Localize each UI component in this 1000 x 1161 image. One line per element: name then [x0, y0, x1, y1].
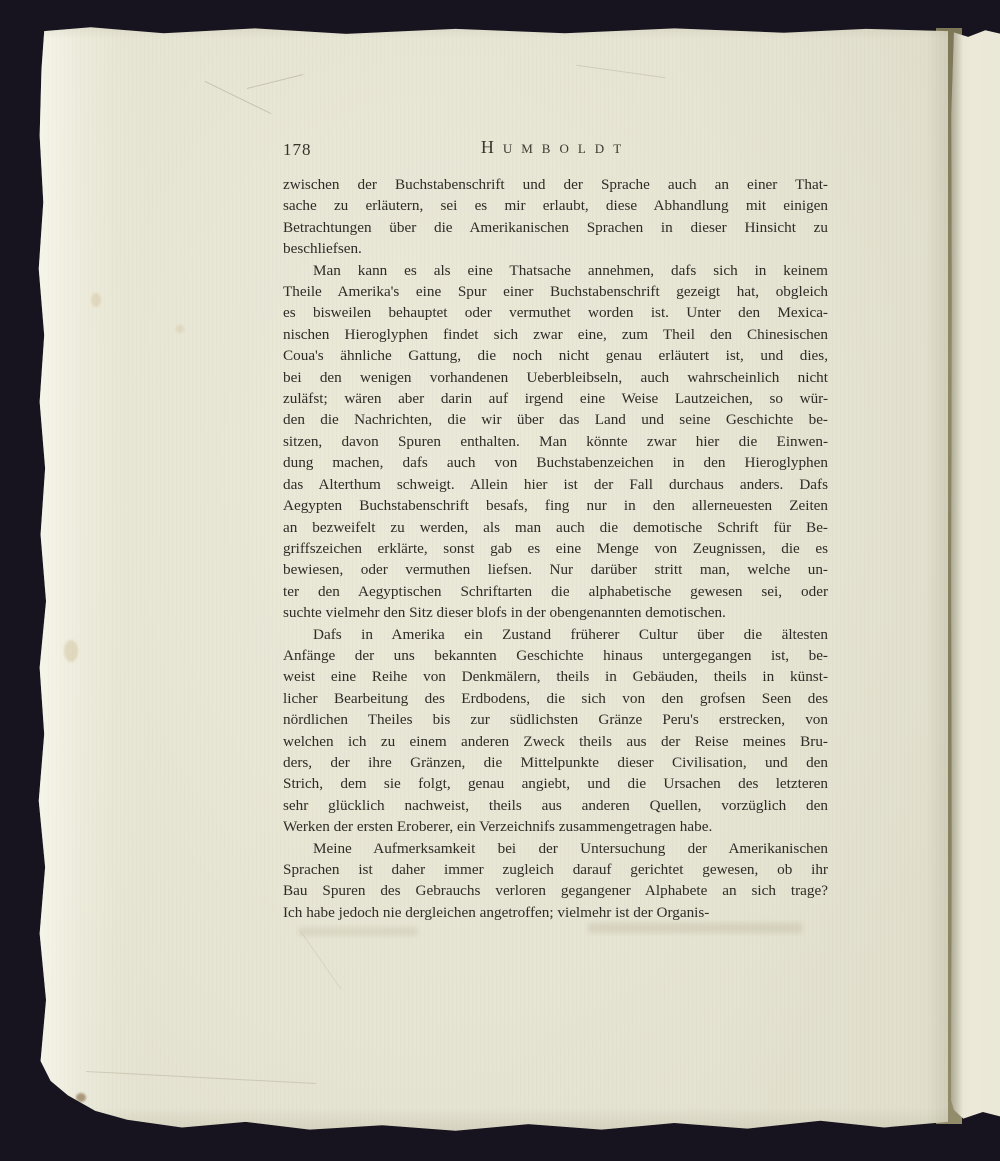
stain [64, 640, 78, 662]
paper-crease [86, 1071, 316, 1084]
text-line: welchen ich zu einem anderen Zweck theil… [283, 731, 828, 752]
page-header: 178 Humboldt [283, 137, 828, 163]
text-line: Man kann es als eine Thatsache annehmen,… [283, 260, 828, 281]
text-line: das Alterthum schweigt. Allein hier ist … [283, 474, 828, 495]
text-line: Dafs in Amerika ein Zustand früherer Cul… [283, 624, 828, 645]
show-through [588, 923, 802, 933]
text-line: an bezweifelt zu werden, als man auch di… [283, 517, 828, 538]
show-through [298, 927, 418, 936]
text-line: Sprachen ist daher immer zugleich darauf… [283, 859, 828, 880]
stain [176, 325, 184, 333]
paper-crease [301, 932, 342, 990]
text-line: den die Nachrichten, die wir über das La… [283, 409, 828, 430]
paragraph: zwischen der Buchstabenschrift und der S… [283, 174, 828, 260]
next-page-edge [951, 27, 1000, 1123]
stain [91, 293, 101, 307]
text-line: Ich habe jedoch nie dergleichen angetrof… [283, 902, 828, 923]
page-text: zwischen der Buchstabenschrift und der S… [283, 174, 828, 923]
text-line: zuläfst; wären aber darin auf irgend ein… [283, 388, 828, 409]
text-line: Aegypten Buchstabenschrift besafs, fing … [283, 495, 828, 516]
text-line: es bisweilen behauptet oder vermuthet wo… [283, 302, 828, 323]
text-line: licher Bearbeitung des Erdbodens, die si… [283, 688, 828, 709]
running-header: Humboldt [283, 137, 828, 158]
paragraph: Man kann es als eine Thatsache annehmen,… [283, 260, 828, 624]
next-page-shadow [951, 27, 963, 1123]
text-line: sehr glücklich nachweist, theils aus and… [283, 795, 828, 816]
text-line: zwischen der Buchstabenschrift und der S… [283, 174, 828, 195]
text-line: Anfänge der uns bekannten Geschichte hin… [283, 645, 828, 666]
page-number: 178 [283, 140, 312, 160]
text-line: sache zu erläutern, sei es mir erlaubt, … [283, 195, 828, 216]
text-line: ter den Aegyptischen Schriftarten die al… [283, 581, 828, 602]
text-line: bewiesen, oder vermuthen liefsen. Nur da… [283, 559, 828, 580]
text-line: ders, der ihre Gränzen, die Mittelpunkte… [283, 752, 828, 773]
paper-crease [576, 65, 665, 79]
paper-crease [205, 81, 272, 114]
text-line: griffszeichen erklärte, sonst gab es ein… [283, 538, 828, 559]
text-line: sitzen, davon Spuren enthalten. Man könn… [283, 431, 828, 452]
text-line: weist eine Reihe von Denkmälern, theils … [283, 666, 828, 687]
book-page: 178 Humboldt zwischen der Buchstabenschr… [36, 25, 948, 1133]
text-line: Coua's ähnliche Gattung, die noch nicht … [283, 345, 828, 366]
paper-crease [247, 74, 304, 89]
text-line: nördlichen Theiles bis zur südlichsten G… [283, 709, 828, 730]
book-scan: 178 Humboldt zwischen der Buchstabenschr… [0, 0, 1000, 1161]
stain [76, 1093, 86, 1102]
text-line: bei den wenigen vorhandenen Ueberbleibse… [283, 367, 828, 388]
text-line: Meine Aufmerksamkeit bei der Untersuchun… [283, 838, 828, 859]
text-line: nischen Hieroglyphen findet sich zwar ei… [283, 324, 828, 345]
text-line: Strich, dem sie folgt, genau angiebt, un… [283, 773, 828, 794]
text-line: Werken der ersten Eroberer, ein Verzeich… [283, 816, 828, 837]
text-line: suchte vielmehr den Sitz dieser blofs in… [283, 602, 828, 623]
paragraph: Meine Aufmerksamkeit bei der Untersuchun… [283, 838, 828, 924]
text-line: Theile Amerika's eine Spur einer Buchsta… [283, 281, 828, 302]
text-line: dung machen, dafs auch von Buchstabenzei… [283, 452, 828, 473]
paragraph: Dafs in Amerika ein Zustand früherer Cul… [283, 624, 828, 838]
text-line: beschliefsen. [283, 238, 828, 259]
text-line: Bau Spuren des Gebrauchs verloren gegang… [283, 880, 828, 901]
text-line: Betrachtungen über die Amerikanischen Sp… [283, 217, 828, 238]
